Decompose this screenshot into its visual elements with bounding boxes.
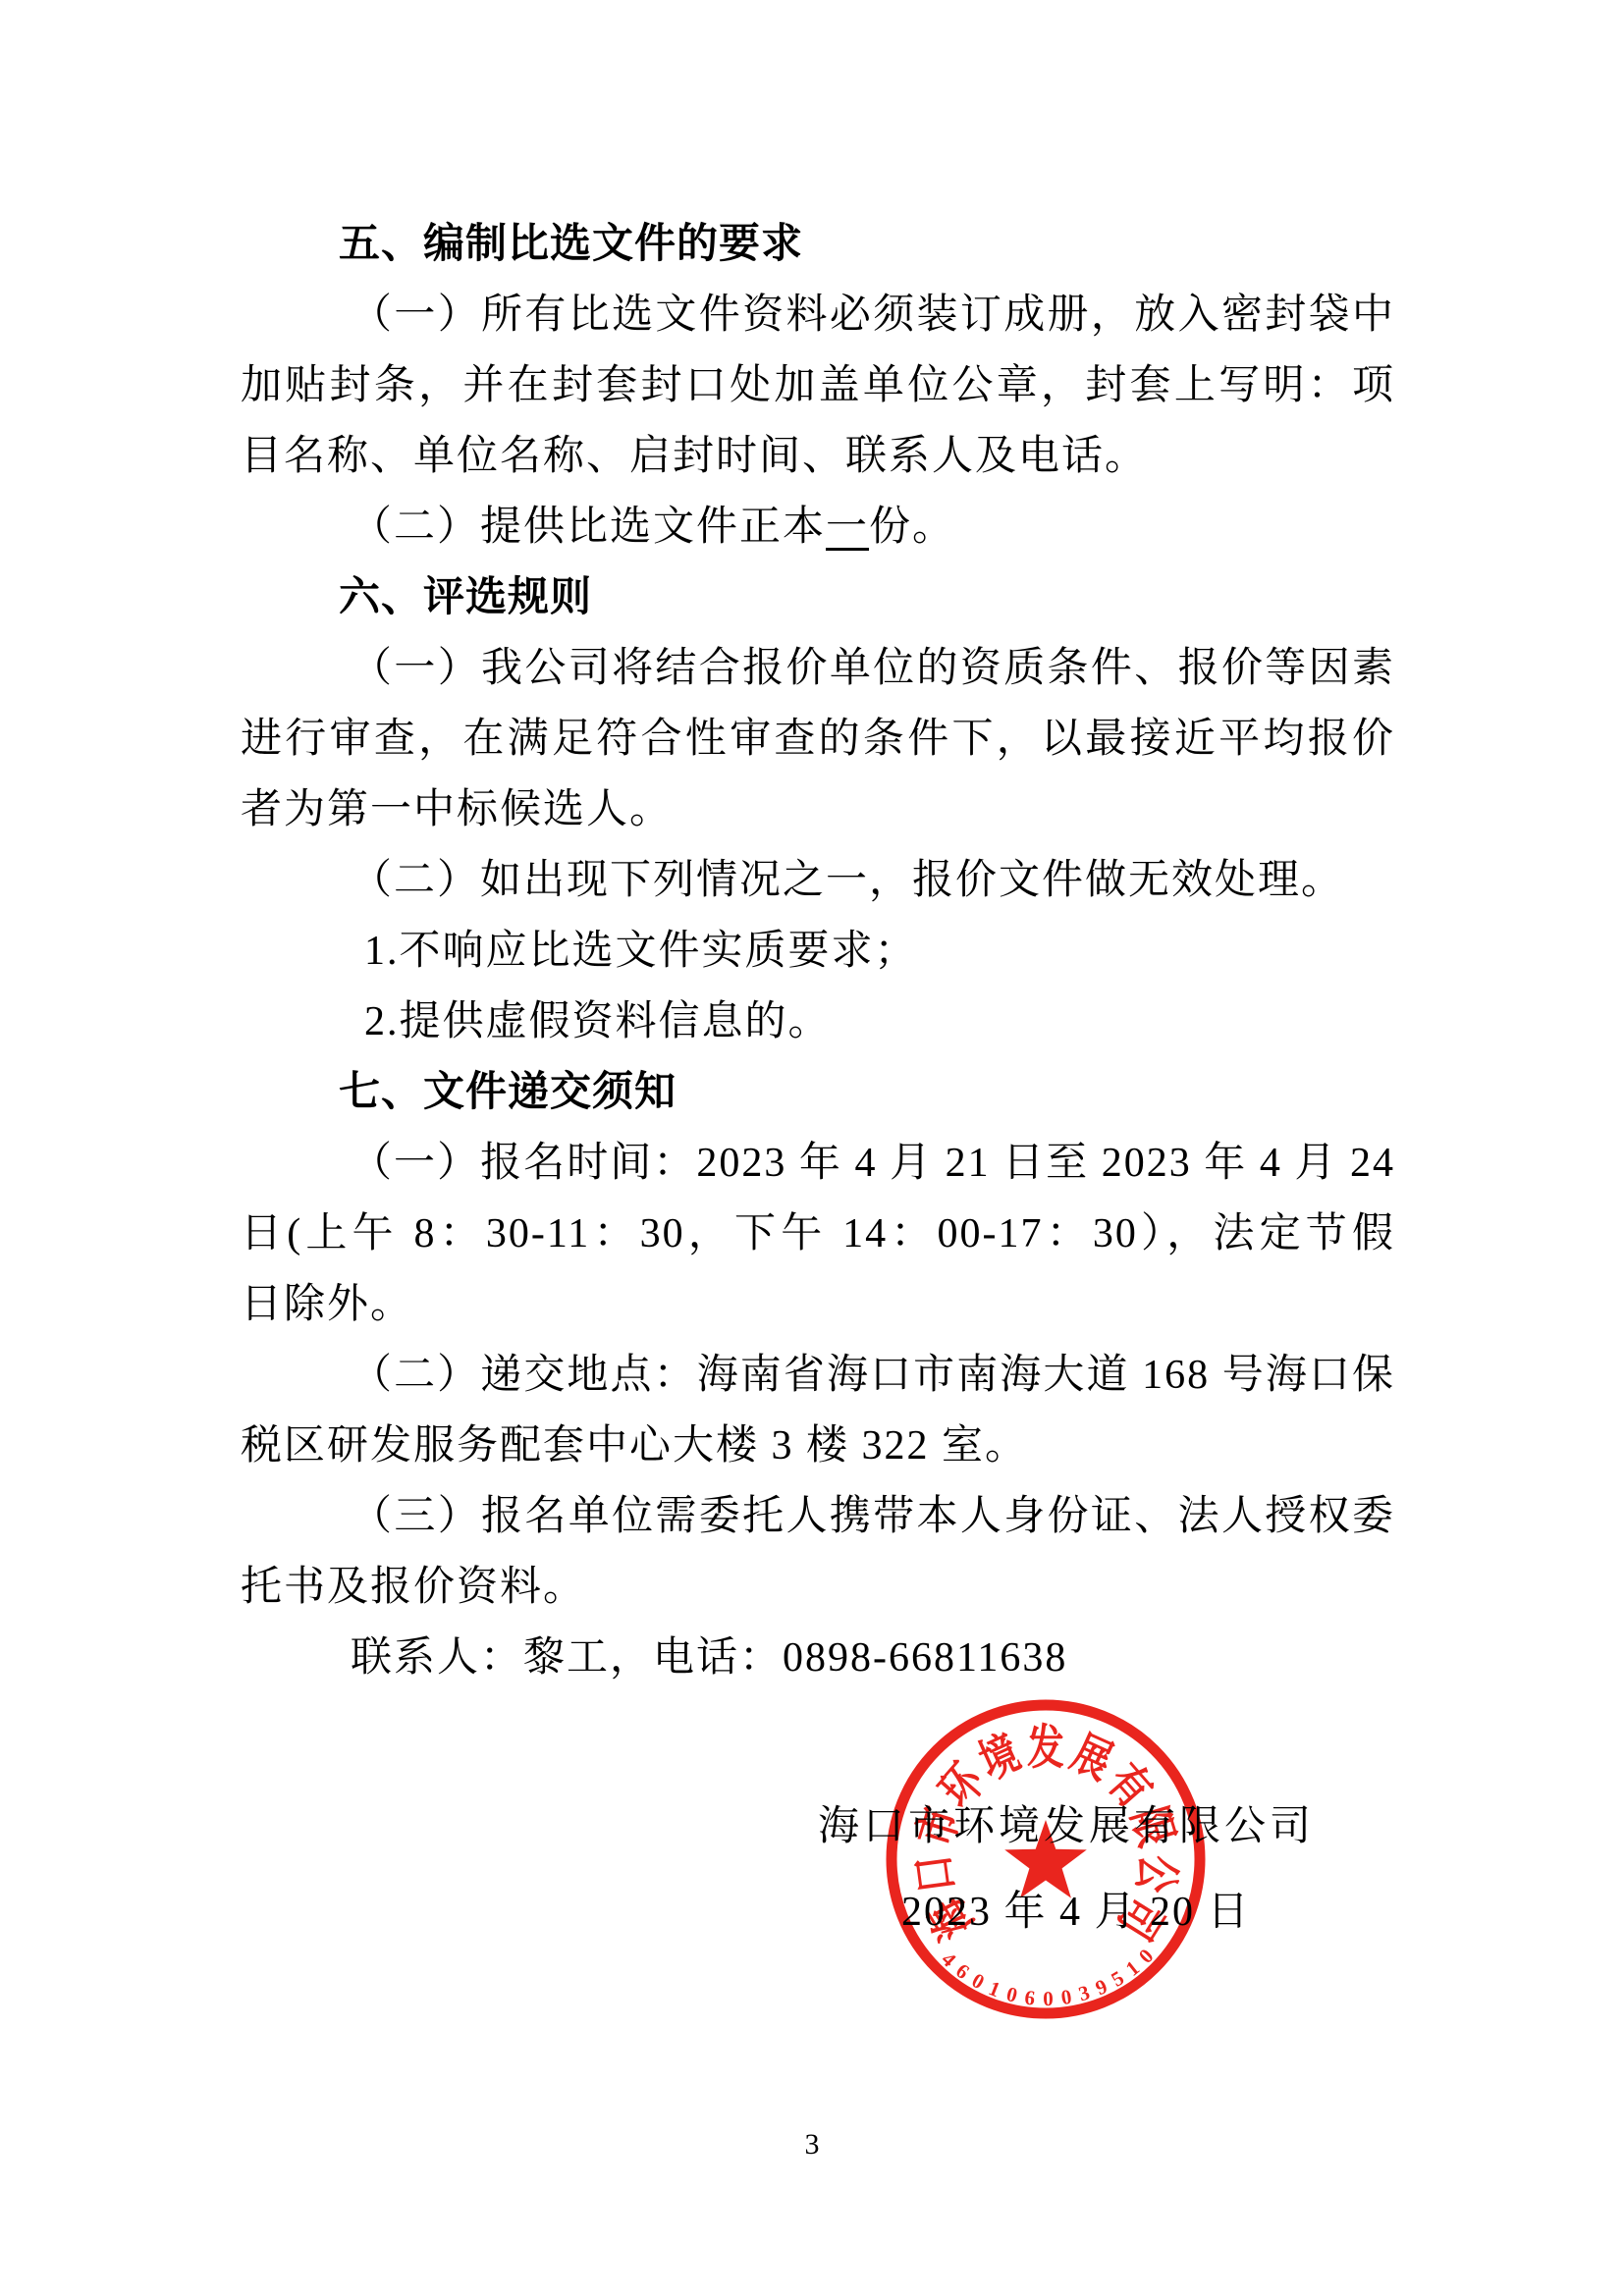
text-line: 1.不响应比选文件实质要求； [241, 916, 1395, 987]
document-page: 五、编制比选文件的要求（一）所有比选文件资料必须装订成册，放入密封袋中加贴封条，… [0, 0, 1624, 2296]
svg-text:1: 1 [1121, 1955, 1144, 1980]
text-line: （一）所有比选文件资料必须装订成册，放入密封袋中 [241, 280, 1395, 350]
text-segment: 份。 [869, 505, 955, 550]
text-line: （一）报名时间：2023 年 4 月 21 日至 2023 年 4 月 24 [241, 1128, 1395, 1199]
text-line: 托书及报价资料。 [241, 1552, 1395, 1623]
document-body: 五、编制比选文件的要求（一）所有比选文件资料必须装订成册，放入密封袋中加贴封条，… [241, 209, 1395, 1693]
text-line: 2.提供虚假资料信息的。 [241, 987, 1395, 1057]
text-line: （二）如出现下列情况之一，报价文件做无效处理。 [241, 845, 1395, 916]
text-line: 加贴封条，并在封套封口处加盖单位公章，封套上写明：项 [241, 350, 1395, 421]
svg-text:6: 6 [951, 1958, 974, 1984]
svg-text:1: 1 [986, 1976, 1004, 2002]
text-line: 税区研发服务配套中心大楼 3 楼 322 室。 [241, 1411, 1395, 1481]
text-line: 日(上午 8：30-11：30，下午 14：00-17：30），法定节假 [241, 1199, 1395, 1269]
svg-text:3: 3 [1076, 1981, 1093, 2006]
svg-text:0: 0 [1004, 1982, 1020, 2007]
underlined-text: 一 [826, 505, 869, 550]
page-number: 3 [0, 2128, 1624, 2162]
seal-serial-number: 4601060039510 [937, 1944, 1158, 2010]
text-line: 日除外。 [241, 1269, 1395, 1340]
seal-star [1004, 1820, 1087, 1898]
svg-text:海: 海 [919, 1888, 984, 1948]
text-line: （三）报名单位需委托人携带本人身份证、法人授权委 [241, 1481, 1395, 1552]
svg-text:6: 6 [1023, 1986, 1036, 2010]
company-seal: 海口市环境发展有限公司4601060039510 [859, 1673, 1232, 2046]
svg-text:公: 公 [1127, 1852, 1184, 1896]
text-line: （二）递交地点：海南省海口市南海大道 168 号海口保 [241, 1340, 1395, 1411]
text-line: 进行审查，在满足符合性审查的条件下，以最接近平均报价 [241, 704, 1395, 774]
svg-text:0: 0 [1059, 1985, 1073, 2009]
svg-text:口: 口 [907, 1852, 964, 1896]
text-segment: （二）提供比选文件正本 [351, 505, 826, 550]
svg-text:0: 0 [1043, 1987, 1054, 2010]
text-line: 目名称、单位名称、启封时间、联系人及电话。 [241, 421, 1395, 492]
text-line: 六、评选规则 [241, 562, 1395, 633]
text-line: （一）我公司将结合报价单位的资质条件、报价等因素 [241, 633, 1395, 704]
text-line: 七、文件递交须知 [241, 1057, 1395, 1128]
text-line: 者为第一中标候选人。 [241, 774, 1395, 845]
svg-text:发: 发 [1027, 1722, 1064, 1775]
svg-text:司: 司 [1108, 1889, 1171, 1948]
svg-text:5: 5 [1107, 1966, 1127, 1992]
text-line: （二）提供比选文件正本一份。 [241, 492, 1395, 562]
svg-text:9: 9 [1092, 1974, 1110, 2000]
svg-text:0: 0 [968, 1968, 989, 1994]
text-line: 五、编制比选文件的要求 [241, 209, 1395, 280]
